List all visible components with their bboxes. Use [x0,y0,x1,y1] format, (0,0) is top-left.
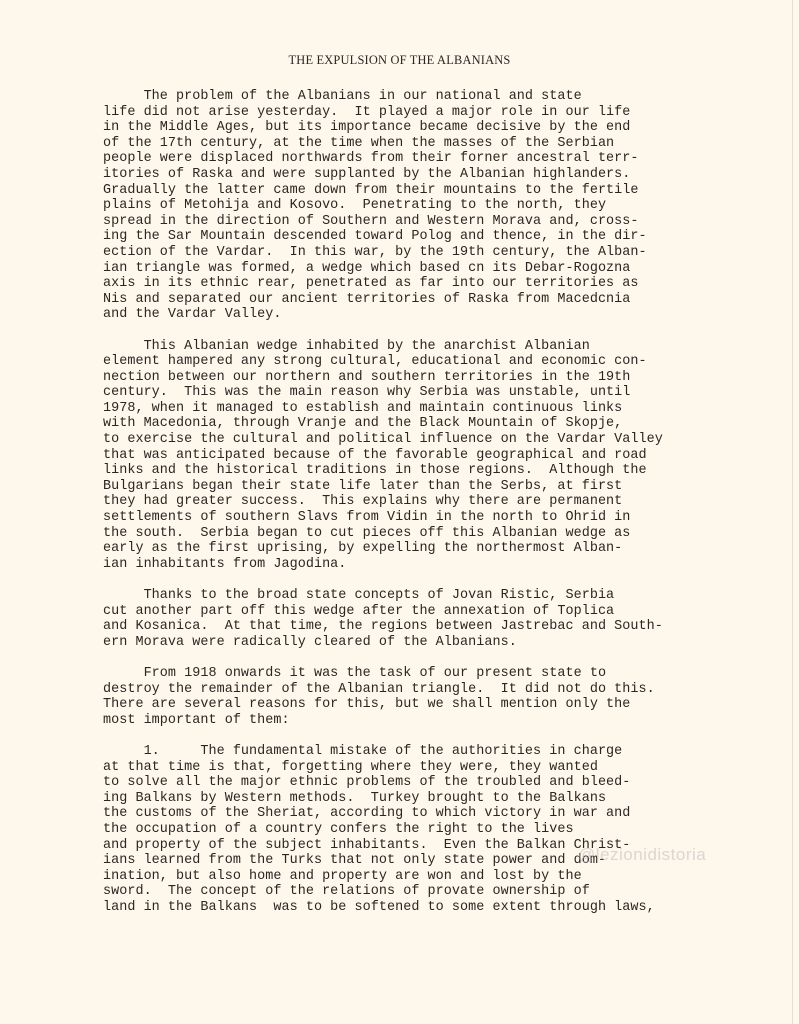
text-line: the customs of the Sheriat, according to… [103,806,793,822]
text-line: the south. Serbia began to cut pieces of… [103,526,793,542]
document-body: The problem of the Albanians in our nati… [103,89,793,931]
document-title: THE EXPULSION OF THE ALBANIANS [0,53,799,68]
text-line: ection of the Vardar. In this war, by th… [103,245,793,261]
text-line: 1. The fundamental mistake of the author… [103,744,793,760]
text-line: ian inhabitants from Jagodina. [103,557,793,573]
text-line: destroy the remainder of the Albanian tr… [103,682,793,698]
text-line: and Kosanica. At that time, the regions … [103,619,793,635]
text-line: to exercise the cultural and political i… [103,432,793,448]
text-line: axis in its ethnic rear, penetrated as f… [103,276,793,292]
text-line: people were displaced northwards from th… [103,151,793,167]
text-line: nection between our northern and souther… [103,370,793,386]
text-line: cut another part off this wedge after th… [103,604,793,620]
text-line: Bulgarians began their state life later … [103,479,793,495]
text-line: The problem of the Albanians in our nati… [103,89,793,105]
text-line: in the Middle Ages, but its importance b… [103,120,793,136]
text-line: spread in the direction of Southern and … [103,214,793,230]
text-line: element hampered any strong cultural, ed… [103,354,793,370]
paragraph: 1. The fundamental mistake of the author… [103,744,793,916]
text-line: most important of them: [103,713,793,729]
text-line: the occupation of a country confers the … [103,822,793,838]
text-line: ing the Sar Mountain descended toward Po… [103,229,793,245]
text-line: Gradually the latter came down from thei… [103,183,793,199]
text-line: ing Balkans by Western methods. Turkey b… [103,791,793,807]
text-line: at that time is that, forgetting where t… [103,760,793,776]
paragraph: The problem of the Albanians in our nati… [103,89,793,323]
text-line: life did not arise yesterday. It played … [103,105,793,121]
text-line: that was anticipated because of the favo… [103,448,793,464]
paragraph: Thanks to the broad state concepts of Jo… [103,588,793,650]
text-line: ination, but also home and property are … [103,869,793,885]
text-line: early as the first uprising, by expellin… [103,541,793,557]
text-line: itories of Raska and were supplanted by … [103,167,793,183]
text-line: plains of Metohija and Kosovo. Penetrati… [103,198,793,214]
paragraph: This Albanian wedge inhabited by the ana… [103,339,793,573]
text-line: century. This was the main reason why Se… [103,385,793,401]
paragraph: From 1918 onwards it was the task of our… [103,666,793,728]
text-line: This Albanian wedge inhabited by the ana… [103,339,793,355]
text-line: There are several reasons for this, but … [103,697,793,713]
text-line: Nis and separated our ancient territorie… [103,292,793,308]
text-line: they had greater success. This explains … [103,494,793,510]
text-line: 1978, when it managed to establish and m… [103,401,793,417]
text-line: ian triangle was formed, a wedge which b… [103,261,793,277]
watermark: @lezionidistoria [578,845,706,865]
text-line: and the Vardar Valley. [103,307,793,323]
text-line: of the 17th century, at the time when th… [103,136,793,152]
text-line: From 1918 onwards it was the task of our… [103,666,793,682]
text-line: links and the historical traditions in t… [103,463,793,479]
text-line: sword. The concept of the relations of p… [103,884,793,900]
text-line: with Macedonia, through Vranje and the B… [103,416,793,432]
text-line: Thanks to the broad state concepts of Jo… [103,588,793,604]
text-line: land in the Balkans was to be softened t… [103,900,793,916]
text-line: to solve all the major ethnic problems o… [103,775,793,791]
text-line: ern Morava were radically cleared of the… [103,635,793,651]
text-line: settlements of southern Slavs from Vidin… [103,510,793,526]
